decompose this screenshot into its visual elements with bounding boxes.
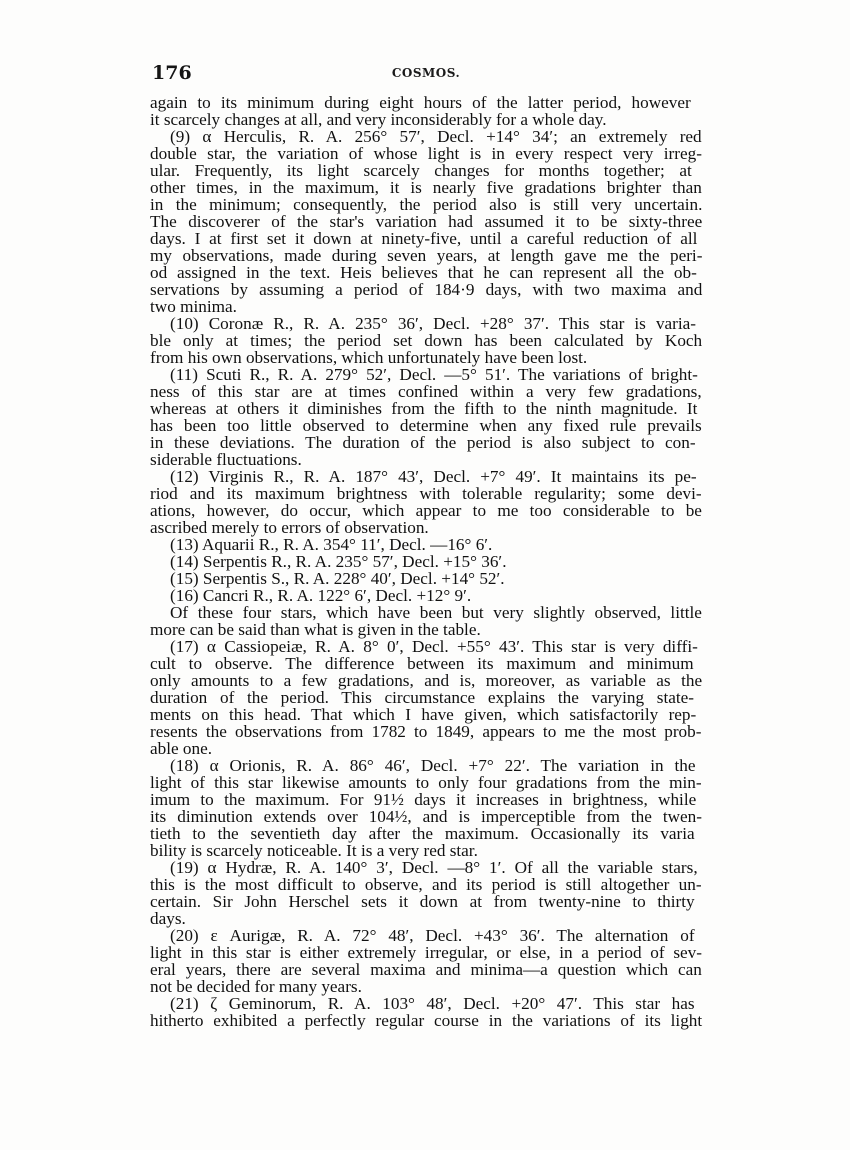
text-line: in these deviations. The duration of the… xyxy=(150,434,702,451)
text-line: od assigned in the text. Heis believes t… xyxy=(150,264,702,281)
text-line: ations, however, do occur, which appear … xyxy=(150,502,702,519)
text-line: bility is scarcely noticeable. It is a v… xyxy=(150,842,702,859)
text-line: certain. Sir John Herschel sets it down … xyxy=(150,893,702,910)
text-line: eral years, there are several maxima and… xyxy=(150,961,702,978)
book-page: 176 COSMOS. again to its minimum during … xyxy=(0,0,850,1150)
text-line: (14) Serpentis R., R. A. 235° 57′, Decl.… xyxy=(150,553,702,570)
text-line: whereas at others it diminishes from the… xyxy=(150,400,702,417)
text-line: light of this star likewise amounts to o… xyxy=(150,774,702,791)
text-line: (18) α Orionis, R. A. 86° 46′, Decl. +7°… xyxy=(150,757,702,774)
text-line: (21) ζ Geminorum, R. A. 103° 48′, Decl. … xyxy=(150,995,702,1012)
text-line: this is the most difficult to observe, a… xyxy=(150,876,702,893)
text-line: days. xyxy=(150,910,702,927)
text-line: (17) α Cassiopeiæ, R. A. 8° 0′, Decl. +5… xyxy=(150,638,702,655)
body-text: again to its minimum during eight hours … xyxy=(150,94,702,1029)
text-line: Of these four stars, which have been but… xyxy=(150,604,702,621)
text-line: The discoverer of the star's variation h… xyxy=(150,213,702,230)
text-line: tieth to the seventieth day after the ma… xyxy=(150,825,702,842)
page-header: 176 COSMOS. xyxy=(150,58,702,84)
text-line: (9) α Herculis, R. A. 256° 57′, Decl. +1… xyxy=(150,128,702,145)
text-line: ascribed merely to errors of observation… xyxy=(150,519,702,536)
text-line: its diminution extends over 104½, and is… xyxy=(150,808,702,825)
text-line: (11) Scuti R., R. A. 279° 52′, Decl. —5°… xyxy=(150,366,702,383)
text-line: duration of the period. This circumstanc… xyxy=(150,689,702,706)
text-line: able one. xyxy=(150,740,702,757)
text-line: (12) Virginis R., R. A. 187° 43′, Decl. … xyxy=(150,468,702,485)
text-line: double star, the variation of whose ligh… xyxy=(150,145,702,162)
text-line: (19) α Hydræ, R. A. 140° 3′, Decl. —8° 1… xyxy=(150,859,702,876)
text-line: ble only at times; the period set down h… xyxy=(150,332,702,349)
text-line: two minima. xyxy=(150,298,702,315)
text-line: siderable fluctuations. xyxy=(150,451,702,468)
text-line: servations by assuming a period of 184·9… xyxy=(150,281,702,298)
text-line: hitherto exhibited a perfectly regular c… xyxy=(150,1012,702,1029)
text-line: (13) Aquarii R., R. A. 354° 11′, Decl. —… xyxy=(150,536,702,553)
text-line: has been too little observed to determin… xyxy=(150,417,702,434)
text-line: ular. Frequently, its light scarcely cha… xyxy=(150,162,702,179)
text-line: ments on this head. That which I have gi… xyxy=(150,706,702,723)
text-line: light in this star is either extremely i… xyxy=(150,944,702,961)
running-head: COSMOS. xyxy=(150,66,702,80)
text-line: (10) Coronæ R., R. A. 235° 36′, Decl. +2… xyxy=(150,315,702,332)
text-line: not be decided for many years. xyxy=(150,978,702,995)
text-line: more can be said than what is given in t… xyxy=(150,621,702,638)
text-line: riod and its maximum brightness with tol… xyxy=(150,485,702,502)
text-line: resents the observations from 1782 to 18… xyxy=(150,723,702,740)
text-line: it scarcely changes at all, and very inc… xyxy=(150,111,702,128)
text-line: other times, in the maximum, it is nearl… xyxy=(150,179,702,196)
text-line: only amounts to a few gradations, and is… xyxy=(150,672,702,689)
text-line: ness of this star are at times confined … xyxy=(150,383,702,400)
text-line: (20) ε Aurigæ, R. A. 72° 48′, Decl. +43°… xyxy=(150,927,702,944)
text-line: (16) Cancri R., R. A. 122° 6′, Decl. +12… xyxy=(150,587,702,604)
text-line: from his own observations, which unfortu… xyxy=(150,349,702,366)
text-line: in the minimum; consequently, the period… xyxy=(150,196,702,213)
text-line: again to its minimum during eight hours … xyxy=(150,94,702,111)
text-line: imum to the maximum. For 91½ days it inc… xyxy=(150,791,702,808)
text-line: my observations, made during seven years… xyxy=(150,247,702,264)
text-line: days. I at first set it down at ninety-f… xyxy=(150,230,702,247)
text-line: cult to observe. The difference between … xyxy=(150,655,702,672)
text-line: (15) Serpentis S., R. A. 228° 40′, Decl.… xyxy=(150,570,702,587)
